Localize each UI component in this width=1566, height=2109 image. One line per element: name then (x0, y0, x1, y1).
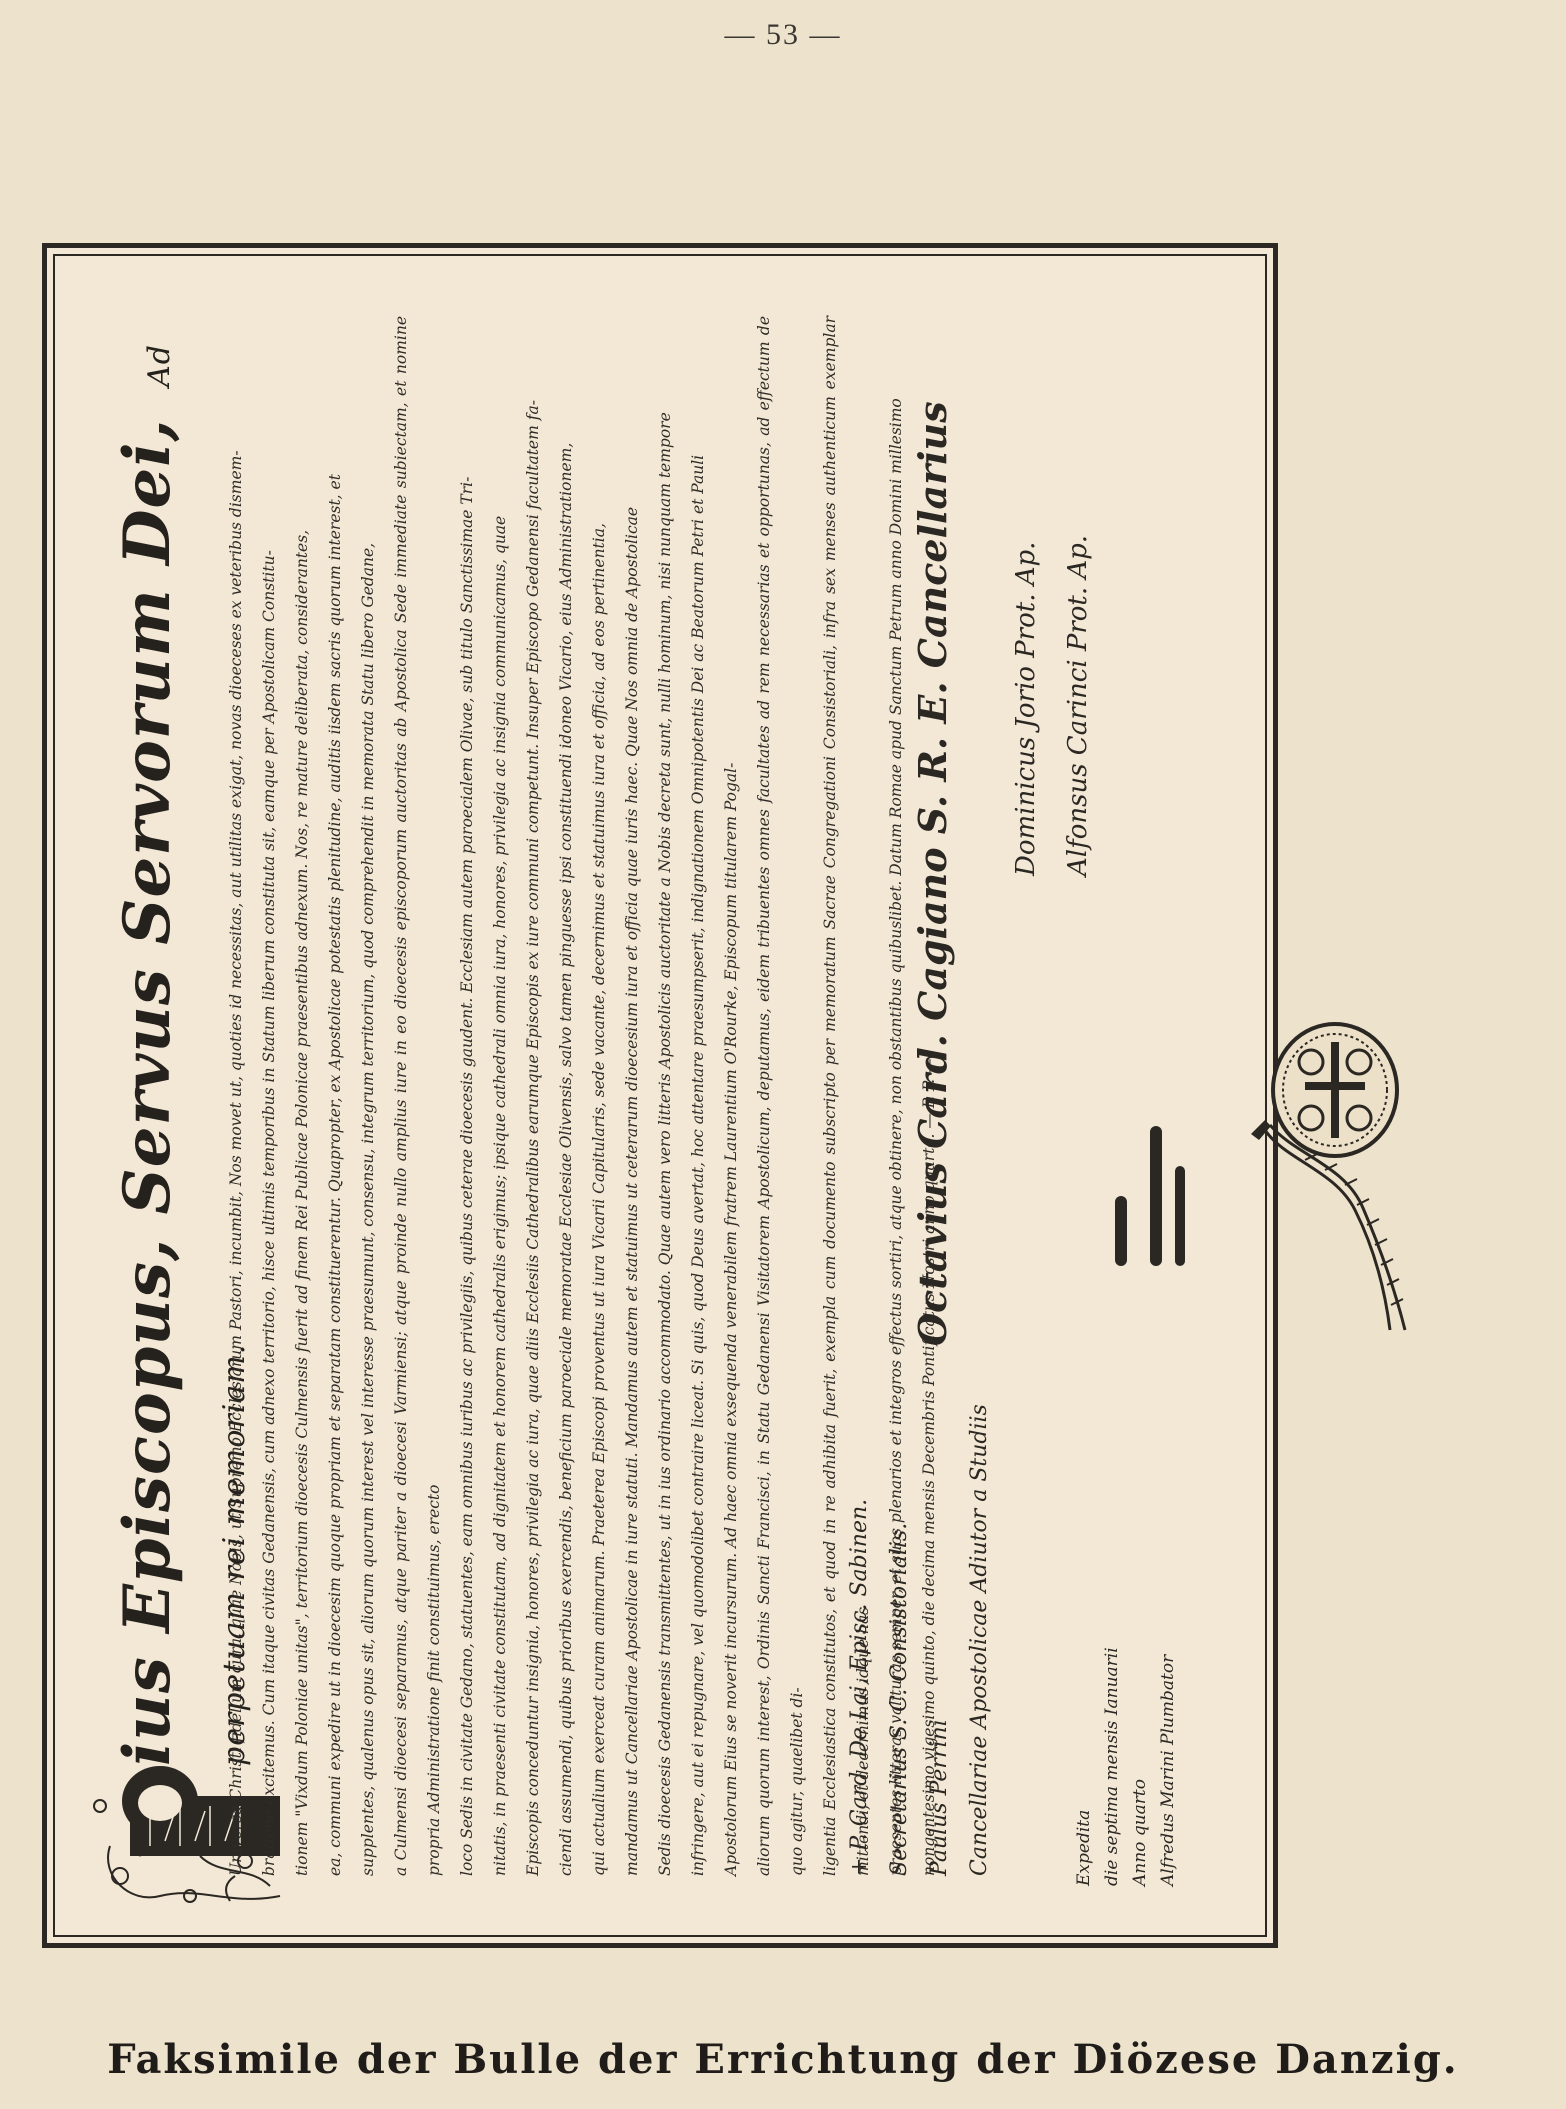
bull-body-line: infringere, aut ei repugnare, vel quomod… (682, 316, 715, 1876)
figure-caption: Faksimile der Bulle der Errichtung der D… (0, 2036, 1566, 2083)
bull-body-line: Episcopis conceduntur insignia, honores,… (517, 316, 550, 1876)
expedita-line: Alfredus Marini Plumbator (1154, 1647, 1182, 1886)
signature-block-right: Dominicus Jorio Prot. Ap. Alfonsus Carin… (1000, 534, 1104, 875)
bull-heading-text: ius Episcopus, Servus Servorum Dei, (110, 418, 185, 1766)
bull-body-line: nitatis, in praesenti civitate constitut… (484, 316, 517, 1876)
page-number: — 53 — (0, 18, 1566, 52)
bull-body-text: Universa Christi fidelium cura, quae Nob… (220, 316, 946, 1876)
lead-seal-icon (1245, 1020, 1415, 1340)
document-frame: ius Episcopus, Servus Servorum Dei, Ad p… (42, 243, 1278, 1948)
bull-body-line: ciendi assumendi, quibus prioribus exerc… (550, 316, 583, 1876)
signature-line: Alfonsus Carinci Prot. Ap. (1052, 534, 1104, 875)
bull-body-line: qui actualium exerceat curam animarum. P… (583, 316, 616, 1876)
signature-line: Cancellariae Apostolicae Adiutor a Studi… (960, 1404, 1000, 1876)
bull-body-line: supplentes, qualenus opus sit, aliorum q… (352, 316, 385, 1876)
bull-body-line: aliorum quorum interest, Ordinis Sancti … (748, 316, 814, 1876)
signature-line: Paulus Perrini (920, 1404, 960, 1876)
bull-body-line: bratione excitemus. Cum itaque civitas G… (253, 316, 286, 1876)
bull-body-line: ea, communi expedire ut in dioecesim quo… (319, 316, 352, 1876)
bull-body-line: tionem "Vixdum Poloniae unitas", territo… (286, 316, 319, 1876)
bull-body-line: Apostolorum Eius se noverit incursurum. … (715, 316, 748, 1876)
signature-block-left: + P. Card. De Lai, Episc. Sabinen. Secre… (840, 1404, 1000, 1876)
expedita-line: die septima mensis Ianuarii (1098, 1647, 1126, 1886)
bull-body-line: Universa Christi fidelium cura, quae Nob… (220, 316, 253, 1876)
signature-cardinal-chancellor: Octavius Card. Cagiano S. R. E. Cancella… (910, 401, 955, 1346)
bull-body-line: Sedis dioecesis Gedanensis transmittente… (649, 316, 682, 1876)
bull-body-line: loco Sedis in civitate Gedano, statuente… (451, 316, 484, 1876)
signature-line: Secretarius S. C. Consistorialis. (880, 1404, 920, 1876)
signature-line: Dominicus Jorio Prot. Ap. (1000, 534, 1052, 875)
bull-body-line: a Culmensi dioecesi separamus, atque par… (385, 316, 451, 1876)
plumbum-marks-icon (1110, 1116, 1200, 1276)
signature-block-expedita: Expedita die septima mensis Ianuarii Ann… (1070, 1647, 1182, 1886)
bull-body-line: mandamus ut Cancellariae Apostolicae in … (616, 316, 649, 1876)
expedita-line: Anno quarto (1126, 1647, 1154, 1886)
expedita-line: Expedita (1070, 1647, 1098, 1886)
papal-bull: ius Episcopus, Servus Servorum Dei, Ad p… (70, 276, 1250, 1916)
signature-line: + P. Card. De Lai, Episc. Sabinen. (840, 1404, 880, 1876)
